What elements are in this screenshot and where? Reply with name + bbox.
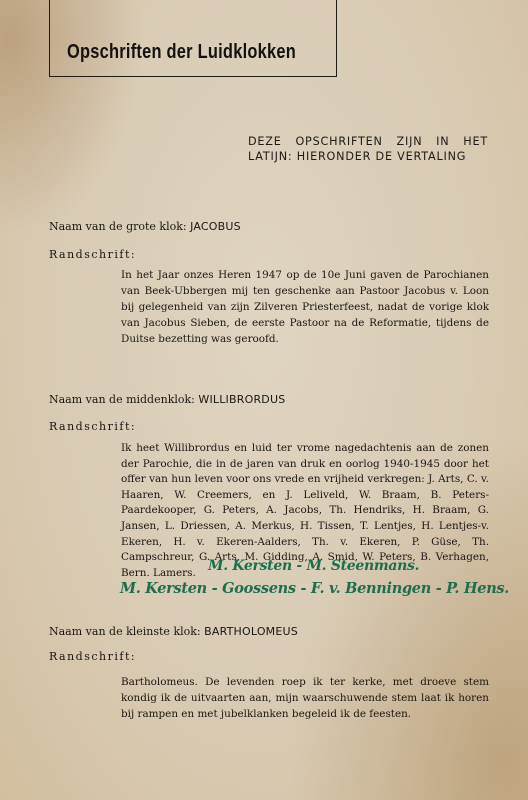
bell-2-name: WILLIBRORDUS [198, 393, 285, 406]
bell-1-inscription-label: Randschrift: [49, 248, 136, 261]
bell-1-label: Naam van de grote klok: [49, 220, 187, 233]
bell-1-name-row: Naam van de grote klok: JACOBUS [49, 220, 241, 233]
bell-3-inscription-label: Randschrift: [49, 650, 136, 663]
bell-2-name-row: Naam van de middenklok: WILLIBRORDUS [49, 393, 285, 406]
handwritten-names-line-1: M. Kersten - M. Steenmans. [208, 558, 419, 574]
bell-1-inscription: In het Jaar onzes Heren 1947 op de 10e J… [121, 267, 489, 347]
bell-3-name: BARTHOLOMEUS [204, 625, 298, 638]
translation-note: DEZE OPSCHRIFTEN ZIJN IN HET LATIJN: HIE… [248, 134, 488, 164]
handwritten-names-line-2: M. Kersten - Goossens - F. v. Benningen … [120, 580, 509, 597]
bell-3-label: Naam van de kleinste klok: [49, 625, 201, 638]
title-box [49, 0, 337, 77]
bell-3-name-row: Naam van de kleinste klok: BARTHOLOMEUS [49, 625, 298, 638]
bell-2-label: Naam van de middenklok: [49, 393, 195, 406]
bell-1-name: JACOBUS [190, 220, 241, 233]
document-page: Opschriften der Luidklokken DEZE OPSCHRI… [0, 0, 528, 800]
bell-3-inscription: Bartholomeus. De levenden roep ik ter ke… [121, 674, 489, 722]
bell-2-inscription-label: Randschrift: [49, 420, 136, 433]
document-title: Opschriften der Luidklokken [67, 41, 296, 64]
